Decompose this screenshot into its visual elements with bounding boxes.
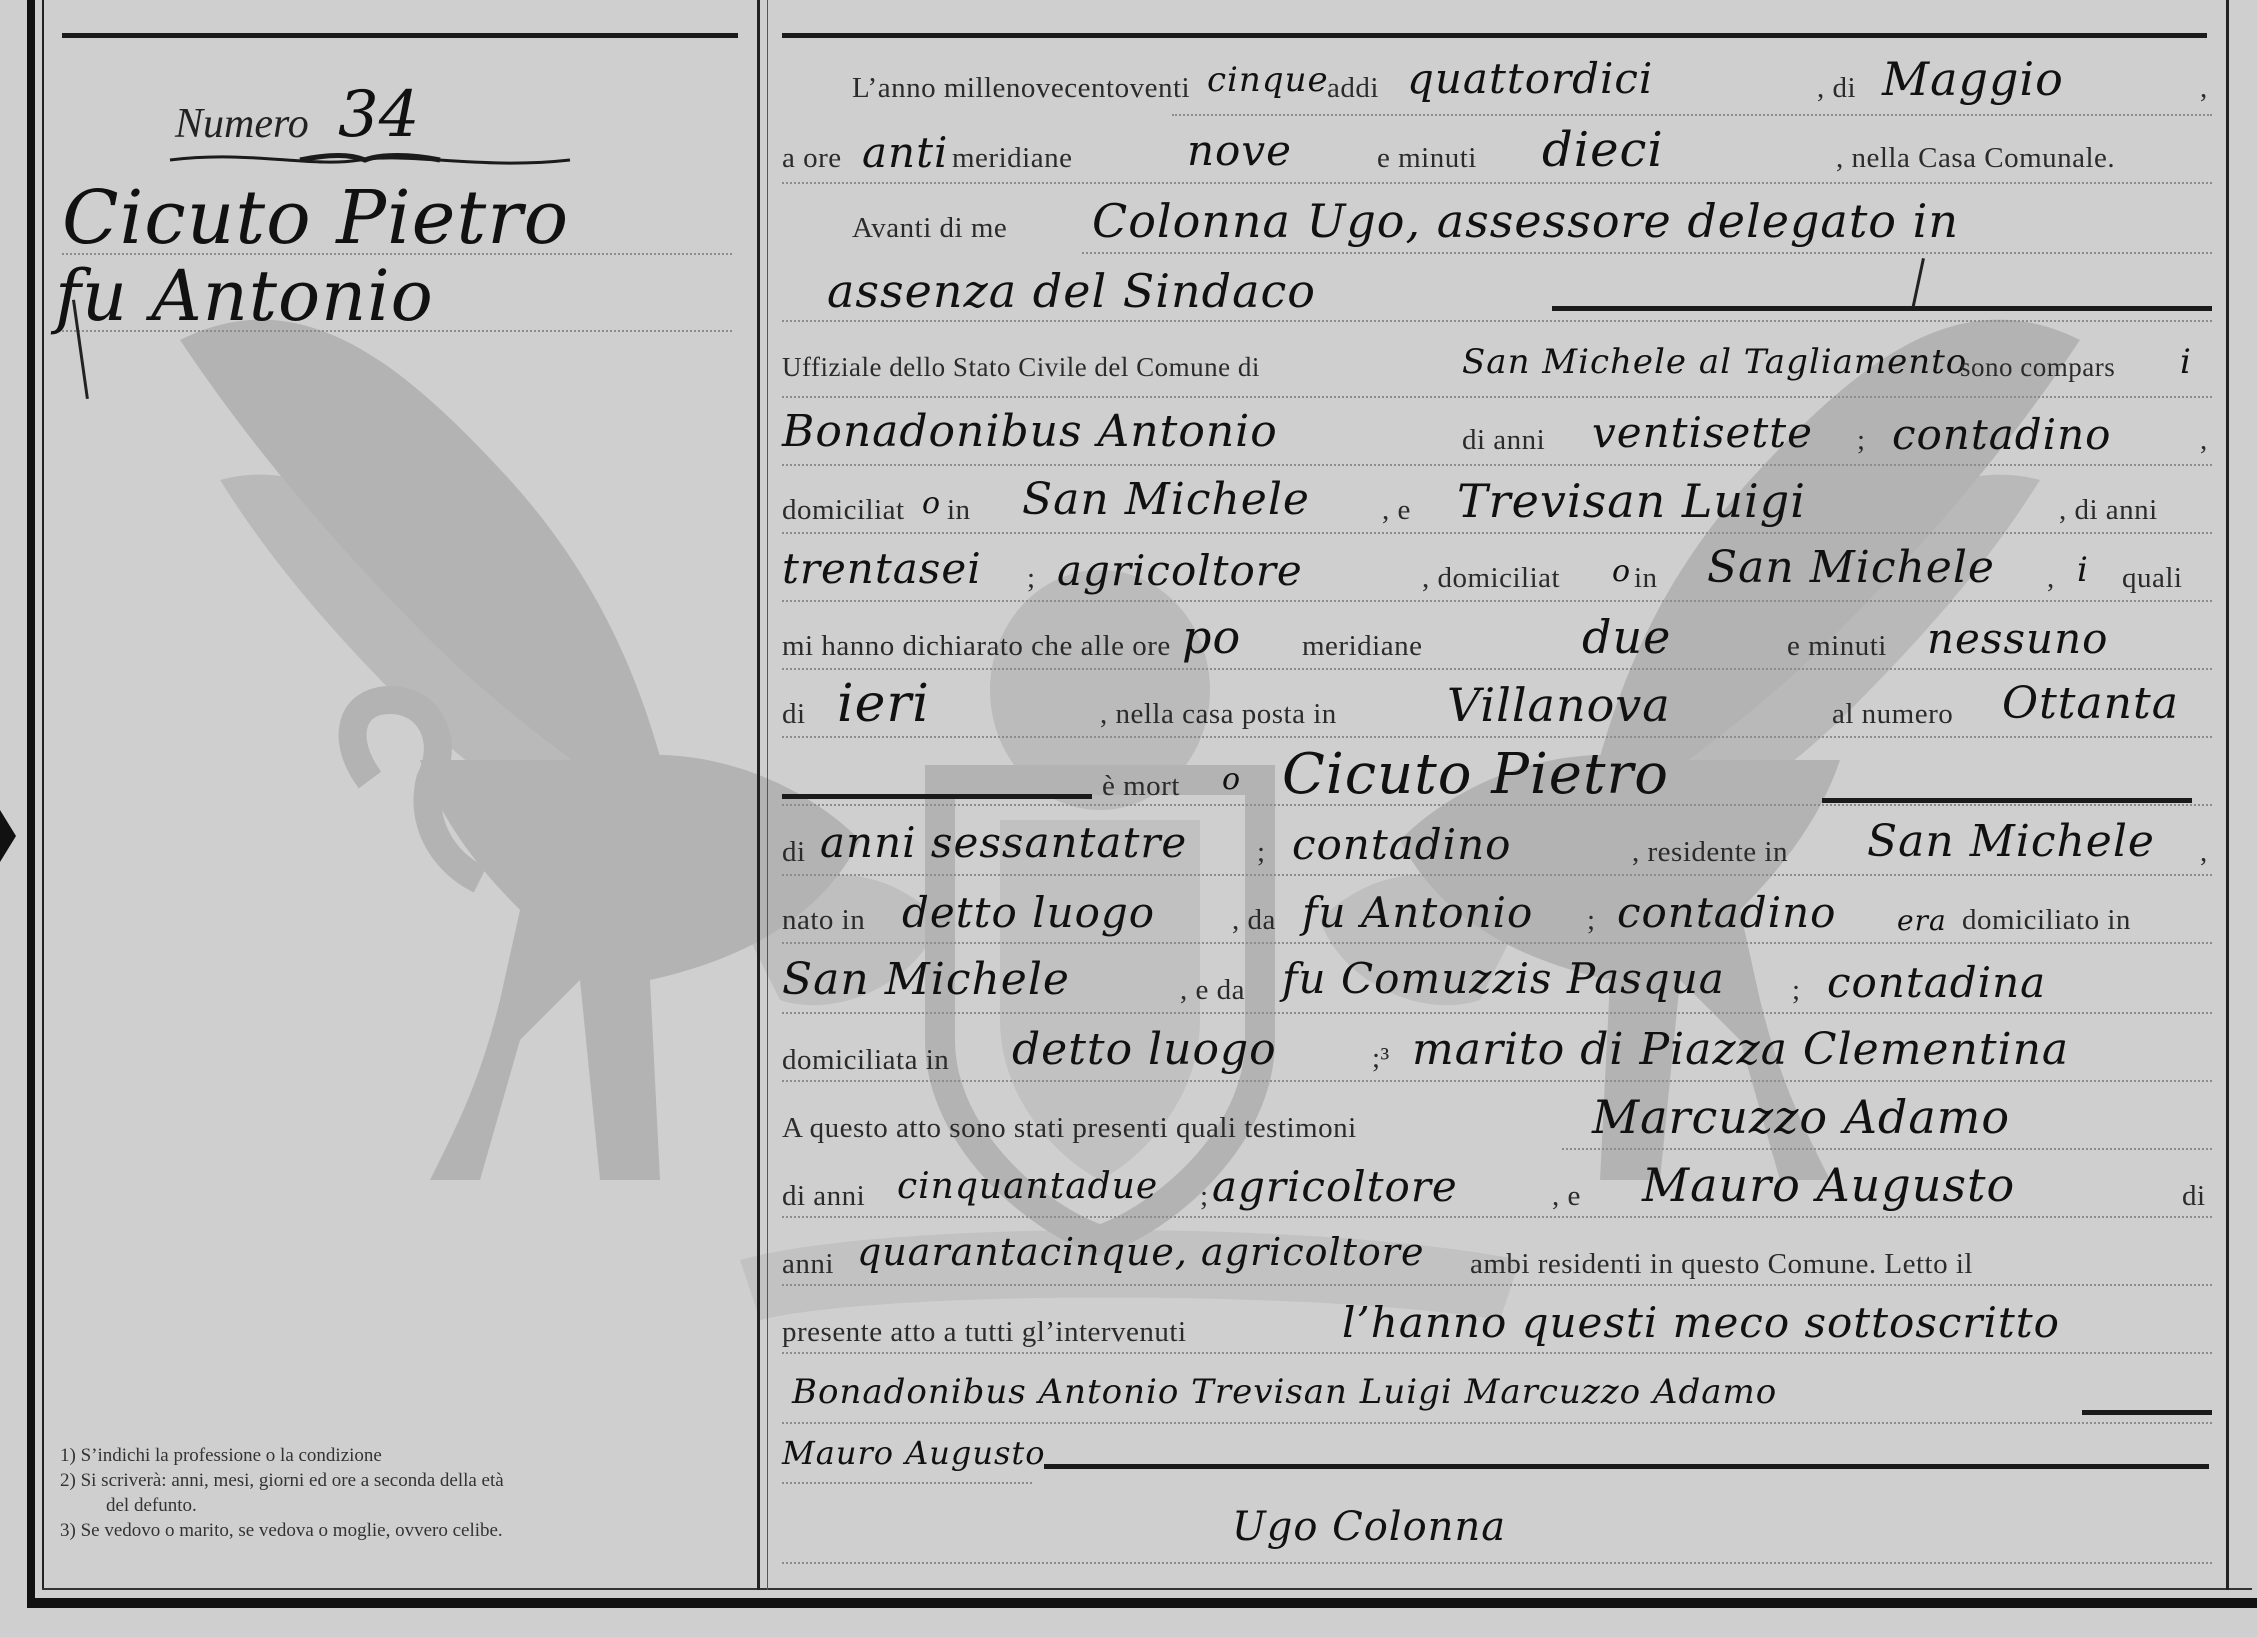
body-line-5: Uffiziale dello Stato Civile del Comune … [782, 334, 2212, 404]
handwritten-declarant-1: Bonadonibus Antonio [782, 406, 1278, 457]
handwritten-declarant-2: Trevisan Luigi [1457, 474, 1806, 528]
handwritten-gender: o [922, 486, 941, 521]
handwritten-officer: Colonna Ugo, assessore delegato in [1092, 194, 1959, 248]
handwritten-witness-2: Mauro Augusto [1642, 1158, 2015, 1212]
handwritten-day: quattordici [1407, 54, 1653, 103]
body-line-12: di anni sessantatre ; contadino , reside… [782, 812, 2212, 882]
body-line-1: L’anno millenovecentoventi cinque addi q… [782, 52, 2212, 122]
printed-text: , [2200, 72, 2208, 105]
handwritten-house-number: Ottanta [2002, 678, 2179, 729]
handwritten-signature-clause: l’hanno questi meco sottoscritto [1342, 1298, 2060, 1347]
handwritten-death-hour: due [1582, 610, 1671, 664]
dotted-fill-line [782, 182, 2212, 184]
printed-text: , [2047, 562, 2055, 595]
handwritten-place: Villanova [1447, 678, 1671, 732]
footnote-2: 2) Si scriverà: anni, mesi, giorni ed or… [60, 1468, 504, 1493]
footnote-1: 1) S’indichi la professione o la condizi… [60, 1443, 504, 1468]
printed-text: ambi residenti in questo Comune. Letto i… [1470, 1248, 1973, 1281]
handwritten-hour: nove [1187, 126, 1292, 175]
frame-border-left [27, 0, 35, 1600]
body-line-3: Avanti di me Colonna Ugo, assessore dele… [782, 190, 2212, 260]
footnotes: 1) S’indichi la professione o la condizi… [60, 1443, 504, 1543]
flourish-ornament-icon [160, 148, 580, 172]
record-number-label: Numero [175, 100, 309, 148]
handwritten-am-pm: po [1182, 610, 1241, 664]
dotted-fill-line [782, 736, 2212, 738]
handwritten-father-domicile: San Michele [782, 954, 1070, 1005]
printed-text: in [1634, 562, 1658, 595]
signature-line-3: Ugo Colonna [782, 1500, 2212, 1570]
body-line-9: mi hanno dichiarato che alle ore po meri… [782, 606, 2212, 676]
dotted-fill-line [782, 1012, 2212, 1014]
handwritten-father: fu Antonio [1302, 888, 1533, 937]
printed-text: quali [2122, 562, 2183, 595]
handwritten-officer-continued: assenza del Sindaco [827, 264, 1316, 318]
printed-text: meridiane [952, 142, 1072, 175]
dotted-fill-line [782, 1482, 1032, 1484]
printed-text: , [2200, 424, 2208, 457]
body-line-11: è mort o Cicuto Pietro [782, 742, 2212, 812]
printed-text: , nella casa posta in [1100, 698, 1337, 731]
fill-bar [2082, 1410, 2212, 1415]
body-line-4: assenza del Sindaco [782, 258, 2212, 328]
printed-text: nato in [782, 904, 865, 937]
handwritten-year: cinque [1207, 60, 1329, 100]
printed-text: al numero [1832, 698, 1953, 731]
dotted-fill-line [1172, 114, 2212, 116]
printed-text: presente atto a tutti gl’intervenuti [782, 1316, 1187, 1349]
printed-text: meridiane [1302, 630, 1422, 663]
body-line-2: a ore anti meridiane nove e minuti dieci… [782, 120, 2212, 190]
printed-text: anni [782, 1248, 834, 1281]
column-divider [757, 0, 760, 1590]
printed-text: , e [1382, 494, 1411, 527]
body-line-14: San Michele , e da fu Comuzzis Pasqua ; … [782, 950, 2212, 1020]
body-line-6: Bonadonibus Antonio di anni ventisette ;… [782, 402, 2212, 472]
handwritten-birthplace: detto luogo [902, 888, 1155, 937]
dotted-fill-line [782, 668, 2212, 670]
handwritten-father-profession: contadino [1617, 888, 1836, 937]
handwritten-profession-2: agricoltore [1057, 546, 1303, 595]
printed-text: Uffiziale dello Stato Civile del Comune … [782, 352, 1260, 383]
handwritten-comune: San Michele al Tagliamento [1462, 342, 1967, 382]
signature-line-2: Mauro Augusto [782, 1420, 2212, 1490]
handwritten-age-2: trentasei [782, 544, 982, 593]
handwritten-witness-1-profession: agricoltore [1212, 1162, 1458, 1211]
body-line-17: di anni cinquantadue ; agricoltore , e M… [782, 1154, 2212, 1224]
body-line-7: domiciliat o in San Michele , e Trevisan… [782, 470, 2212, 540]
handwritten-witness-1: Marcuzzo Adamo [1592, 1090, 2010, 1144]
fill-bar [1822, 798, 2192, 803]
body-line-8: trentasei ; agricoltore , domiciliat o i… [782, 538, 2212, 608]
handwritten-gender: o [1222, 762, 1241, 797]
handwritten-domicile-2: San Michele [1707, 542, 1995, 593]
printed-text: , residente in [1632, 836, 1788, 869]
printed-text: , e [1552, 1180, 1581, 1213]
printed-text: , di [1817, 72, 1856, 105]
footnote-2-continued: del defunto. [60, 1493, 504, 1518]
printed-text: , da [1232, 904, 1276, 937]
printed-text: è mort [1102, 770, 1180, 803]
printed-text: domiciliat [782, 494, 905, 527]
frame-border-left-inner [42, 0, 44, 1590]
dotted-fill-line [782, 396, 2212, 398]
dotted-fill-line [782, 1562, 2212, 1564]
pen-stroke [1912, 258, 1925, 308]
printed-text: ; [1587, 904, 1596, 937]
handwritten-suffix: i [2180, 342, 2192, 382]
handwritten-minutes: dieci [1542, 122, 1664, 178]
handwritten-day-of-death: ieri [837, 674, 930, 734]
printed-text: mi hanno dichiarato che alle ore [782, 630, 1171, 663]
handwritten-marital-status: marito di Piazza Clementina [1412, 1024, 2069, 1075]
printed-text: di [2182, 1180, 2206, 1213]
dotted-fill-line [782, 1080, 2212, 1082]
body-line-15: domiciliata in detto luogo ;³ marito di … [782, 1018, 2212, 1088]
handwritten-deceased-age: anni sessantatre [820, 818, 1187, 867]
printed-text: ; [1027, 562, 1036, 595]
printed-text: ; [1200, 1180, 1209, 1213]
handwritten-month: Maggio [1882, 52, 2064, 106]
printed-text: L’anno millenovecentoventi [852, 72, 1190, 105]
printed-text: e minuti [1377, 142, 1477, 175]
handwritten-residence: San Michele [1867, 816, 2155, 867]
printed-text: domiciliata in [782, 1044, 949, 1077]
margin-parent-name: fu Antonio [55, 255, 434, 337]
handwritten-mother: fu Comuzzis Pasqua [1282, 954, 1725, 1003]
printed-text: ;³ [1372, 1042, 1390, 1075]
printed-text: a ore [782, 142, 842, 175]
handwritten-age-1: ventisette [1592, 408, 1813, 457]
record-number: 34 [338, 78, 419, 152]
printed-text: , domiciliat [1422, 562, 1560, 595]
handwritten-era: era [1897, 904, 1947, 937]
handwritten-gender: o [1612, 554, 1631, 589]
dotted-fill-line [782, 464, 2212, 466]
fill-bar [782, 794, 1092, 799]
printed-text: ; [1257, 836, 1266, 869]
printed-text: di [782, 836, 806, 869]
dotted-fill-line [1082, 252, 2212, 254]
handwritten-deceased-name: Cicuto Pietro [1282, 742, 1669, 807]
printed-text: di anni [1462, 424, 1545, 457]
printed-text: addi [1327, 72, 1379, 105]
dotted-fill-line [782, 320, 2212, 322]
margin-dotted-line [62, 330, 732, 332]
fill-bar [1044, 1464, 2209, 1469]
handwritten-death-minutes: nessuno [1927, 614, 2108, 663]
printed-text: , nella Casa Comunale. [1836, 142, 2115, 175]
printed-text: Avanti di me [852, 212, 1007, 245]
column-divider-inner [767, 0, 768, 1590]
dotted-fill-line [782, 874, 2212, 876]
dotted-fill-line [782, 532, 2212, 534]
handwritten-witness-1-age: cinquantadue [897, 1166, 1158, 1207]
printed-text: di anni [782, 1180, 865, 1213]
body-line-16: A questo atto sono stati presenti quali … [782, 1086, 2212, 1156]
printed-text: domiciliato in [1962, 904, 2131, 937]
fill-bar [1552, 306, 2212, 311]
dotted-fill-line [782, 1284, 2212, 1286]
printed-text: sono compars [1960, 352, 2115, 383]
handwritten-mother-domicile: detto luogo [1012, 1024, 1277, 1075]
margin-deceased-name: Cicuto Pietro [62, 175, 569, 261]
printed-text: di [782, 698, 806, 731]
frame-border-bottom [27, 1598, 2257, 1608]
signature-officer: Ugo Colonna [1232, 1504, 1506, 1550]
body-line-10: di ieri , nella casa posta in Villanova … [782, 674, 2212, 744]
printed-text: A questo atto sono stati presenti quali … [782, 1112, 1357, 1145]
printed-text: in [947, 494, 971, 527]
printed-text: , di anni [2059, 494, 2158, 527]
handwritten-suffix: i [2077, 550, 2089, 590]
dotted-fill-line [782, 1352, 2212, 1354]
handwritten-am-pm: anti [862, 128, 948, 177]
printed-text: , e da [1180, 974, 1245, 1007]
handwritten-mother-profession: contadina [1827, 958, 2046, 1007]
body-line-13: nato in detto luogo , da fu Antonio ; co… [782, 880, 2212, 950]
handwritten-domicile-1: San Michele [1022, 474, 1310, 525]
handwritten-witness-2-details: quarantacinque, agricoltore [857, 1230, 1424, 1274]
page-edge-tab [0, 810, 16, 862]
printed-text: e minuti [1787, 630, 1887, 663]
signature-mauro-augusto: Mauro Augusto [782, 1434, 1046, 1472]
printed-text: ; [1857, 424, 1866, 457]
signature-witnesses: Bonadonibus Antonio Trevisan Luigi Marcu… [792, 1372, 1777, 1412]
dotted-fill-line [1562, 1148, 2212, 1150]
printed-text: , [2200, 836, 2208, 869]
dotted-fill-line [782, 600, 2212, 602]
dotted-fill-line [782, 942, 2212, 944]
record-body: L’anno millenovecentoventi cinque addi q… [782, 0, 2212, 1590]
document-page: Numero 34 Cicuto Pietro fu Antonio 1) S’… [0, 0, 2257, 1637]
body-line-18: anni quarantacinque, agricoltore ambi re… [782, 1222, 2212, 1292]
top-rule-left [62, 33, 738, 38]
body-line-19: presente atto a tutti gl’intervenuti l’h… [782, 1290, 2212, 1360]
printed-text: ; [1792, 974, 1801, 1007]
handwritten-deceased-profession: contadino [1292, 820, 1511, 869]
dotted-fill-line [782, 1216, 2212, 1218]
frame-border-right [2226, 0, 2229, 1590]
footnote-3: 3) Se vedovo o marito, se vedova o mogli… [60, 1518, 504, 1543]
handwritten-profession-1: contadino [1892, 410, 2111, 459]
